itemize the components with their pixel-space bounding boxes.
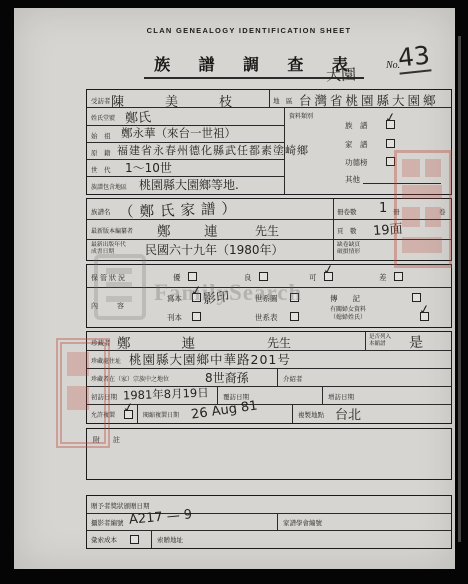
category-merit-label: 功德榜 xyxy=(345,157,368,168)
copy-place-value: 台北 xyxy=(335,404,361,423)
collector-box: 珍藏者 鄭 連 先生 是否列入本縮譜 是 珍藏處住址 桃園縣大園鄉中華路201号… xyxy=(86,331,452,424)
scan-edge-artifact xyxy=(458,36,461,542)
stamp-glyph xyxy=(402,185,442,199)
stamp-glyph xyxy=(402,207,420,227)
divider xyxy=(87,530,451,531)
divider xyxy=(322,386,323,404)
divider xyxy=(217,386,218,404)
category-other-label: 其他 xyxy=(345,174,360,185)
pages-label: 頁 數 xyxy=(337,226,357,235)
generations-label: 世 代 xyxy=(91,165,111,174)
request-address-label: 索贈地址 xyxy=(157,535,183,544)
additional-visit-label: 增訪日期 xyxy=(328,392,354,401)
category-family-checkbox xyxy=(386,139,395,148)
paper-sheet: CLAN GENEALOGY IDENTIFICATION SHEET 族 譜 … xyxy=(14,8,455,569)
permit-copy-checkbox: ✓ xyxy=(124,410,133,419)
divider xyxy=(292,404,293,423)
compiler-value: 鄭 連 xyxy=(157,220,228,240)
checkmark-icon: ✓ xyxy=(322,262,335,279)
photographer-no-value: A217 — 9 xyxy=(128,507,192,527)
handwritten-number: 43 xyxy=(396,40,431,74)
category-label: 資料類別 xyxy=(289,111,313,120)
first-visit-value: 1981年8月19日 xyxy=(123,385,209,404)
notes-box: 附 註 xyxy=(86,428,452,480)
checkmark-icon: ✓ xyxy=(418,302,431,319)
coverage-value: 桃園縣大園鄉等地. xyxy=(139,176,239,193)
print-label: 刊本 xyxy=(167,312,182,323)
stamp-glyph xyxy=(402,237,442,253)
divider xyxy=(87,404,451,405)
divider xyxy=(277,368,278,386)
watermark-bar xyxy=(106,282,132,288)
women-data-checkbox: ✓ xyxy=(420,312,429,321)
lineage-table-checkbox xyxy=(290,312,299,321)
women-data-label: 有關婦女資料（媳婦姓氏） xyxy=(330,307,366,322)
interviewee-label: 受訪者 xyxy=(91,96,111,105)
book-title-value: （鄭氏家譜） xyxy=(119,197,243,222)
progenitor-label: 始 祖 xyxy=(91,131,111,140)
cost-checkbox xyxy=(130,535,139,544)
print-checkbox xyxy=(192,312,201,321)
surname-label: 姓氏堂號 xyxy=(91,113,115,122)
biography-label: 傳 記 xyxy=(330,293,360,304)
handwritten-region: 大園 xyxy=(326,63,357,85)
stamp-glyph xyxy=(425,207,441,227)
introducer-label: 介紹者 xyxy=(283,374,303,383)
progenitor-value: 鄭永華（來台一世祖） xyxy=(121,125,236,141)
area-value: 台灣省桃園縣大園鄉 xyxy=(299,91,439,109)
lineage-table-label: 世系表 xyxy=(255,312,278,323)
microfilm-label: 是否列入本縮譜 xyxy=(369,334,391,347)
compiler-label: 最新版本編纂者 xyxy=(91,226,133,235)
photographer-no-label: 攝影者編號 xyxy=(91,518,124,527)
stamp-glyph xyxy=(425,159,441,177)
category-genealogy-label: 族 譜 xyxy=(345,120,368,131)
storage-fair-label: 可 xyxy=(309,272,317,283)
cost-label: 彙索成本 xyxy=(91,535,117,544)
origin-label: 原 籍 xyxy=(91,148,111,157)
storage-fair-checkbox: ✓ xyxy=(324,272,333,281)
divider xyxy=(87,159,284,160)
copy-place-label: 複製地點 xyxy=(298,410,324,419)
familysearch-logo-watermark xyxy=(94,254,146,320)
category-genealogy-checkbox: ✓ xyxy=(386,120,395,129)
book-title-label: 族譜名 xyxy=(91,207,111,216)
stamp-glyph xyxy=(402,159,420,177)
award-date-label: 贈予者獎狀頒贈日期 xyxy=(91,501,150,510)
english-title: CLAN GENEALOGY IDENTIFICATION SHEET xyxy=(99,26,399,35)
stamp-glyph xyxy=(67,386,89,410)
position-value: 8世裔孫 xyxy=(205,369,249,386)
copy-date-label: 閱縮複製日期 xyxy=(143,410,179,419)
microfilm-value: 是 xyxy=(408,332,423,353)
red-seal-stamp-left xyxy=(56,338,110,448)
red-seal-stamp-right xyxy=(394,150,452,268)
divider xyxy=(365,332,366,350)
checkmark-icon: ✓ xyxy=(384,110,397,127)
familysearch-watermark: FamilySearch xyxy=(154,280,302,306)
compiler-honorific: 先生 xyxy=(255,222,279,239)
divider xyxy=(87,368,451,369)
admin-box: 贈予者獎狀頒贈日期 攝影者編號 A217 — 9 家譜學會編號 彙索成本 索贈地… xyxy=(86,495,452,549)
area-label: 地 區 xyxy=(273,96,293,105)
divider xyxy=(269,90,270,107)
checkmark-icon: ✓ xyxy=(122,400,135,417)
missing-pages-label: 缺卷缺頁破損情形 xyxy=(337,242,360,256)
volumes-label: 冊卷數 xyxy=(337,207,357,216)
surname-value: 鄭氏 xyxy=(125,106,152,126)
collector-value: 鄭 連 xyxy=(117,332,203,352)
watermark-bar xyxy=(106,268,132,274)
divider xyxy=(333,199,334,260)
scanned-document-page: CLAN GENEALOGY IDENTIFICATION SHEET 族 譜 … xyxy=(0,0,468,584)
pubdate-value: 民國六十九年（1980年） xyxy=(145,241,284,258)
collector-honorific: 先生 xyxy=(267,334,291,351)
divider xyxy=(151,530,152,548)
divider xyxy=(137,404,138,423)
generations-value: 1～10世 xyxy=(125,159,172,176)
address-value: 桃園縣大園鄉中華路201号 xyxy=(129,350,291,368)
origin-value: 福建省永春州德化縣武任都素塗崎鄉 xyxy=(117,142,309,158)
biography-checkbox xyxy=(412,293,421,302)
society-no-label: 家譜學會編號 xyxy=(283,518,322,527)
watermark-bar xyxy=(106,296,132,302)
copy-date-value: 26 Aug 81 xyxy=(190,398,258,422)
category-family-label: 家 譜 xyxy=(345,139,368,150)
volumes-value: 1 xyxy=(379,201,387,216)
coverage-label: 族譜包含地區 xyxy=(91,182,127,191)
storage-poor-checkbox xyxy=(394,272,403,281)
storage-poor-label: 差 xyxy=(379,272,387,283)
divider xyxy=(277,513,278,530)
stamp-glyph xyxy=(67,352,89,376)
